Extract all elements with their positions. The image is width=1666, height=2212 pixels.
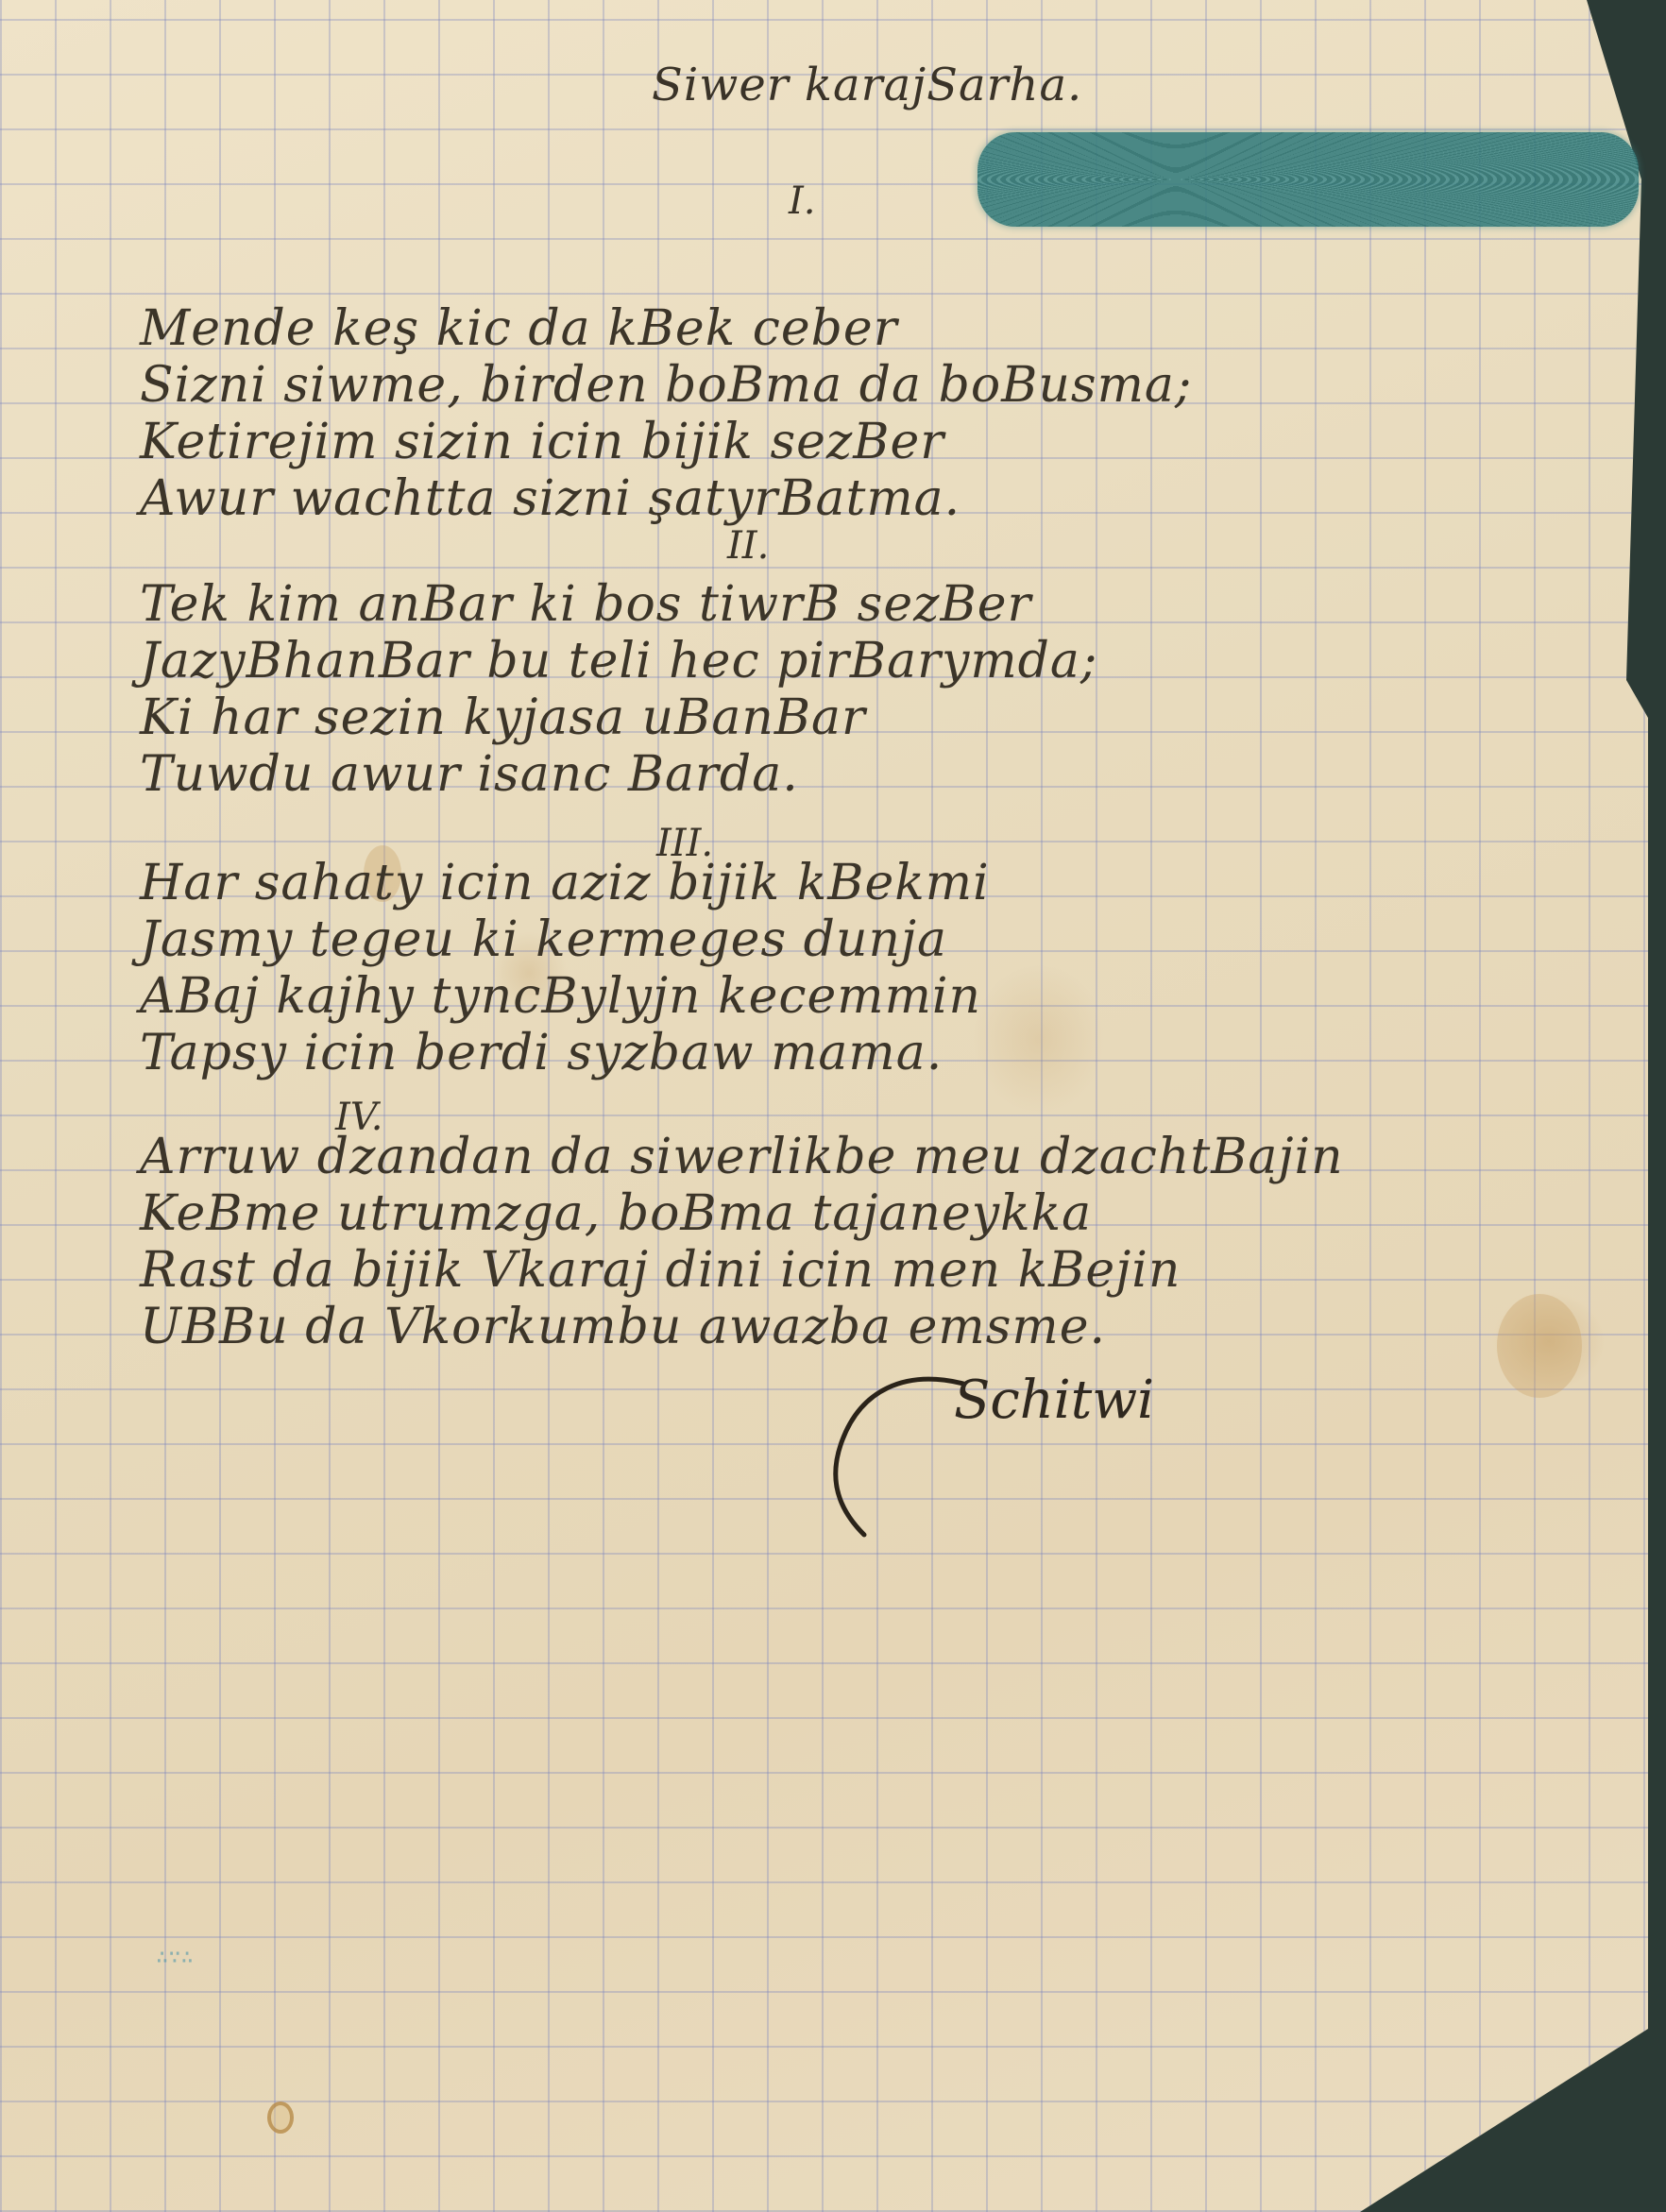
poem-line: UBBu da Vkorkumbu awazba emsme. — [140, 1299, 1344, 1355]
poem-line: Rast da bijik Vkaraj dini icin men kBeji… — [140, 1242, 1344, 1299]
redacted-scribble — [977, 132, 1639, 227]
stanza-4: Arruw dzandan da siwerlikbe meu dzachtBa… — [140, 1129, 1344, 1355]
poem-line: Sizni siwme, birden boBma da boBusma; — [140, 357, 1192, 414]
poem-line: Har sahaty icin aziz bijik kBekmi — [140, 855, 990, 911]
poem-line: ABaj kajhy tyncBylyjn kecemmin — [140, 968, 990, 1025]
water-stain — [1497, 1294, 1582, 1398]
water-stain — [267, 2101, 294, 2134]
poem-line: Mende keş kic da kBek ceber — [140, 300, 1192, 357]
poem-line: Ketirejim sizin icin bijik sezBer — [140, 414, 1192, 470]
poem-line: Ki har sezin kyjasa uBanBar — [140, 689, 1097, 746]
poem-title: Siwer karajSarha. — [652, 59, 1082, 111]
poem-line: Tuwdu awur isanc Barda. — [140, 746, 1097, 803]
poem-line: Awur wachtta sizni şatyrBatma. — [140, 470, 1192, 527]
poem-line: JazyBhanBar bu teli hec pirBarymda; — [140, 633, 1097, 689]
poem-line: Jasmy tegeu ki kermeges dunja — [140, 911, 990, 968]
faint-blue-marks: ∴∵∴ — [156, 1946, 194, 1969]
poem-line: Tapsy icin berdi syzbaw mama. — [140, 1025, 990, 1081]
poem-line: Tek kim anBar ki bos tiwrB sezBer — [140, 576, 1097, 633]
poem-line: Arruw dzandan da siwerlikbe meu dzachtBa… — [140, 1129, 1344, 1185]
poem-line: KeBme utrumzga, boBma tajaneykka — [140, 1185, 1344, 1242]
stanza-3: Har sahaty icin aziz bijik kBekmi Jasmy … — [140, 855, 990, 1081]
stanza-number: I. — [789, 179, 816, 223]
author-signature: Schitwi — [954, 1370, 1154, 1431]
stanza-2: Tek kim anBar ki bos tiwrB sezBer JazyBh… — [140, 576, 1097, 803]
stanza-1: Mende keş kic da kBek ceber Sizni siwme,… — [140, 300, 1192, 527]
signature-flourish-icon — [822, 1360, 973, 1549]
stanza-number: II. — [727, 524, 769, 568]
